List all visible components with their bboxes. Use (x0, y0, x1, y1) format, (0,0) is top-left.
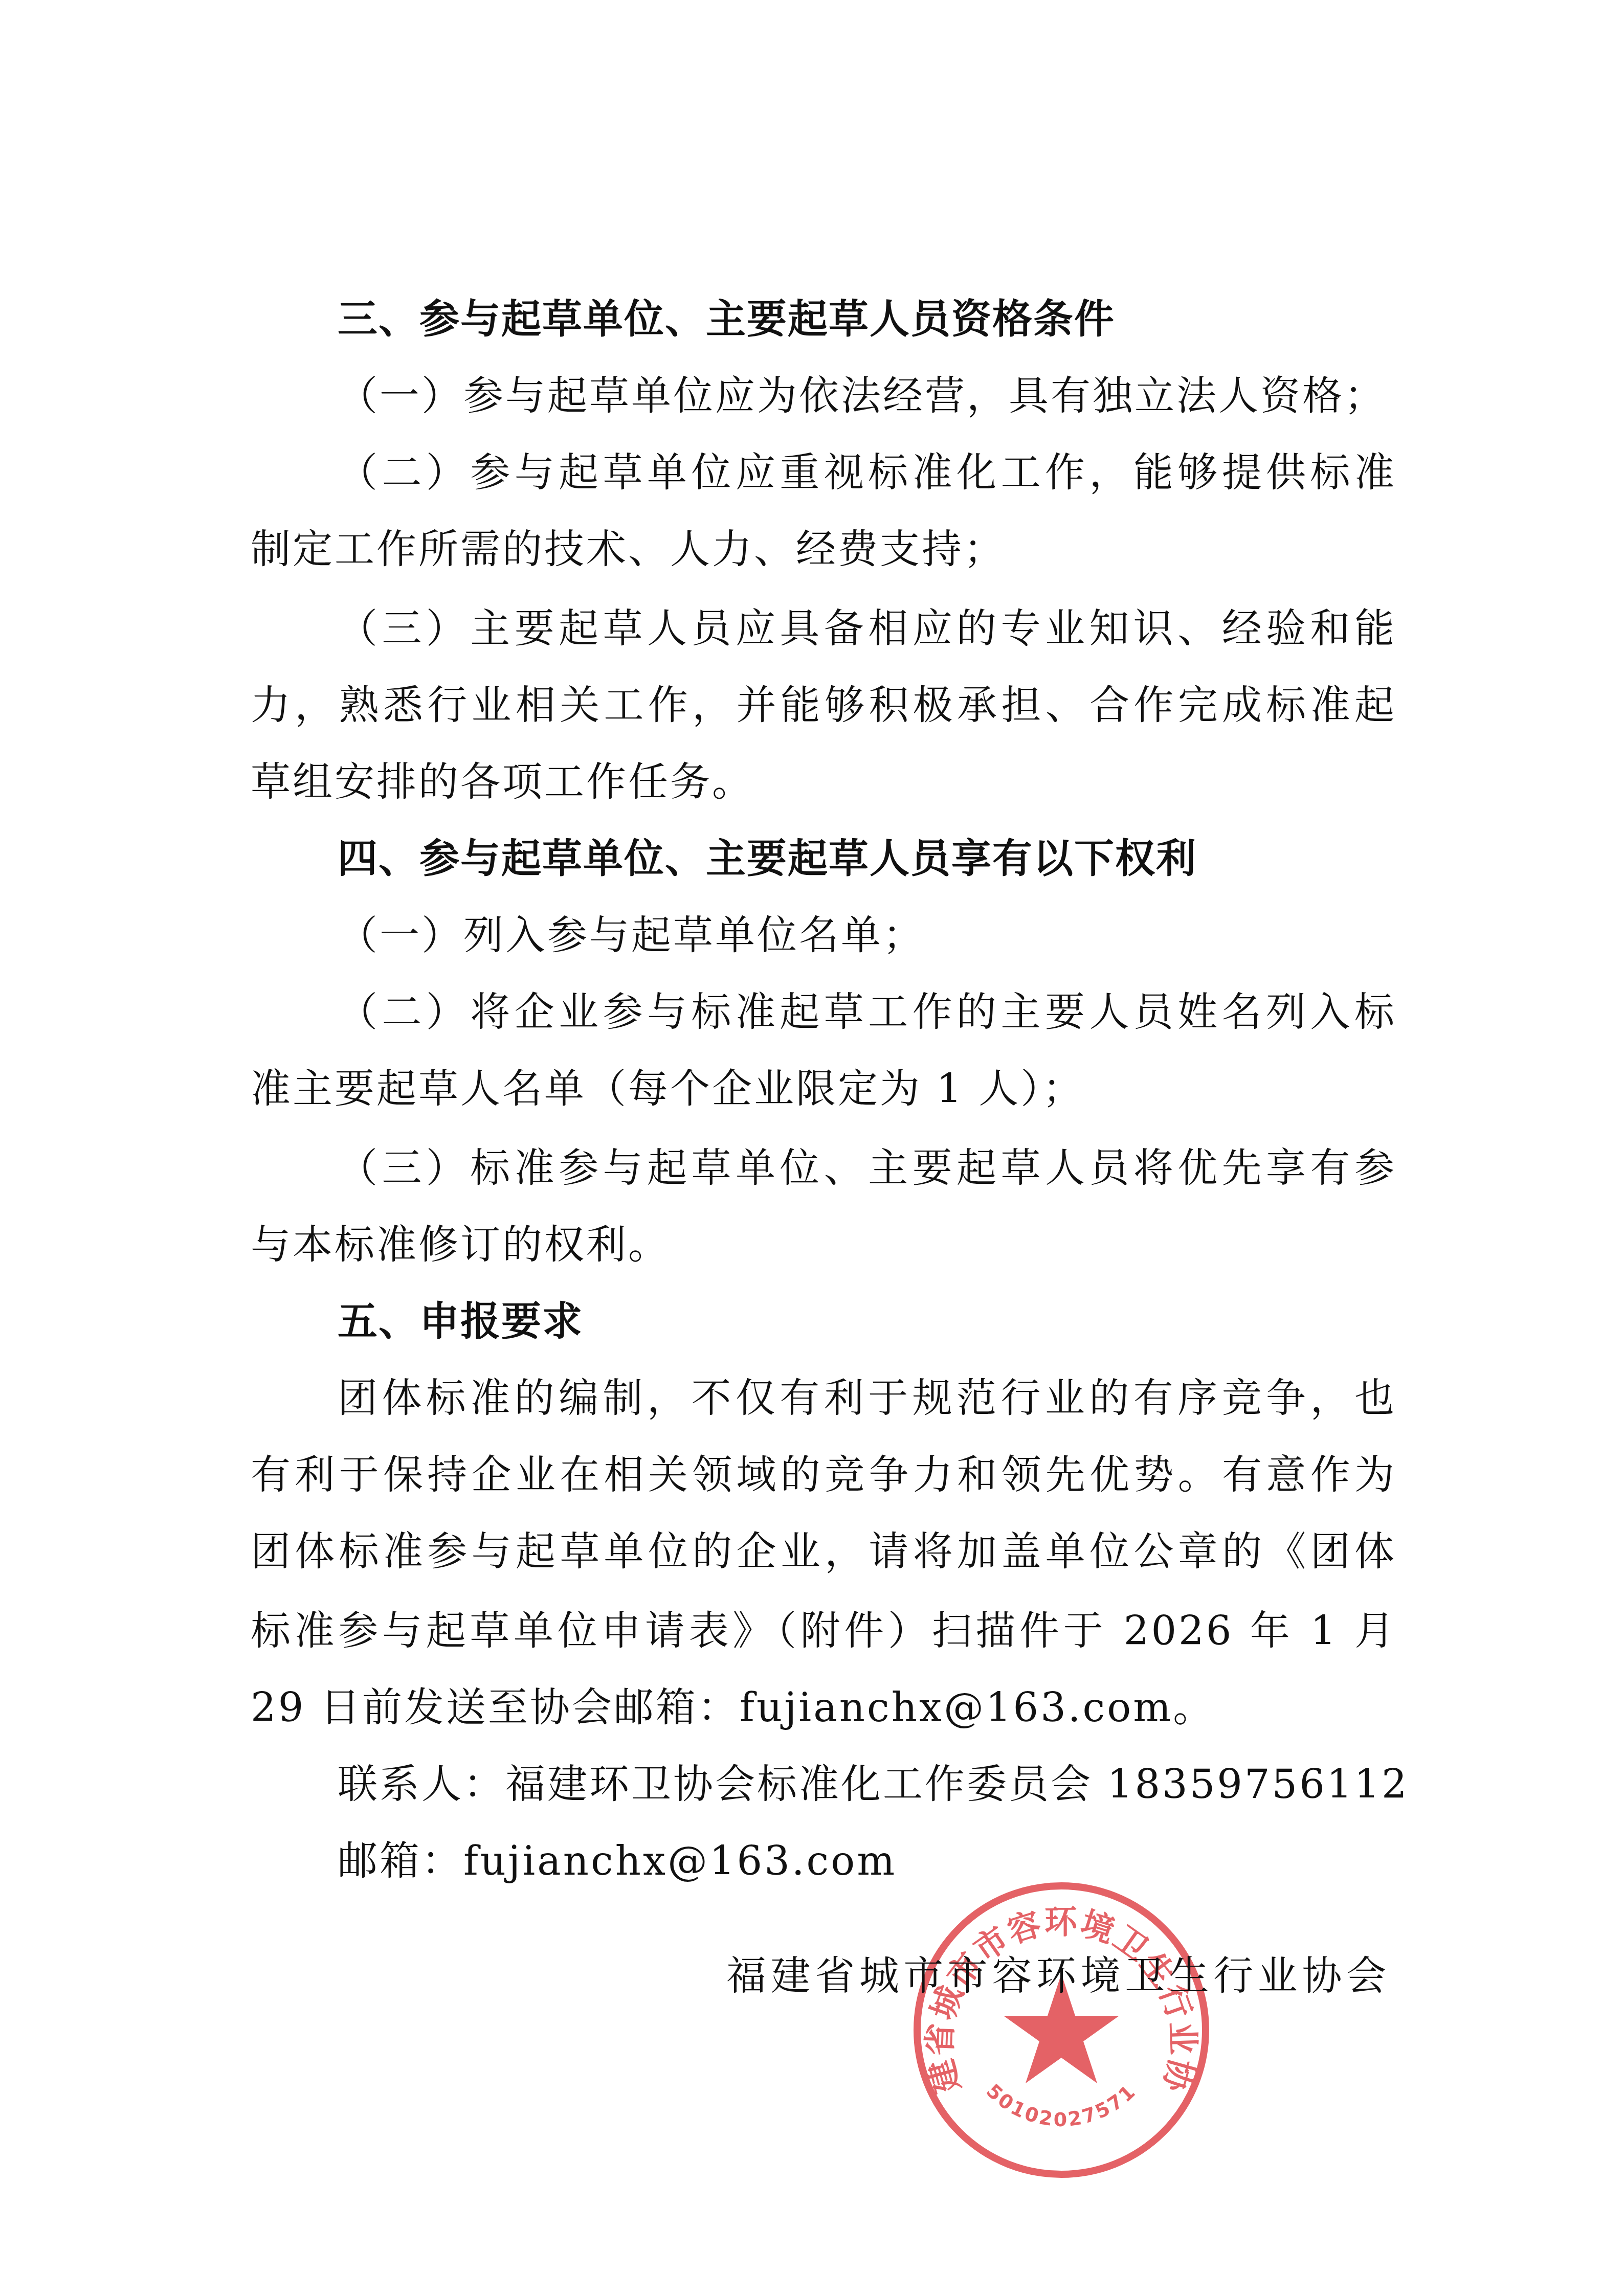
section-heading-3: 三、参与起草单位、主要起草人员资格条件 (338, 294, 1396, 345)
paragraph-line: 准主要起草人名单（每个企业限定为 1 人）； (251, 1064, 1396, 1115)
paragraph-line: 团体标准的编制，不仅有利于规范行业的有序竞争，也 (338, 1373, 1396, 1424)
section-heading-5: 五、申报要求 (338, 1296, 1396, 1347)
paragraph-line: （二）将企业参与标准起草工作的主要人员姓名列入标 (338, 987, 1396, 1038)
official-seal-icon: 福建省城市市容环境卫生行业协会 3501020275718 (908, 1877, 1215, 2184)
paragraph-line: （一）参与起草单位应为依法经营，具有独立法人资格； (338, 371, 1396, 422)
paragraph-line: 29 日前发送至协会邮箱：fujianchx@163.com。 (251, 1682, 1396, 1734)
section-heading-4: 四、参与起草单位、主要起草人员享有以下权利 (338, 834, 1396, 885)
paragraph-line: 团体标准参与起草单位的企业，请将加盖单位公章的《团体 (251, 1526, 1396, 1578)
paragraph-line: 有利于保持企业在相关领域的竞争力和领先优势。有意作为 (251, 1450, 1396, 1501)
paragraph-line: 草组安排的各项工作任务。 (251, 757, 1396, 808)
paragraph-line: （二）参与起草单位应重视标准化工作，能够提供标准 (338, 447, 1396, 499)
paragraph-line: 标准参与起草单位申请表》（附件）扫描件于 2026 年 1 月 (251, 1606, 1396, 1657)
signature-organization: 福建省城市市容环境卫生行业协会 (726, 1951, 1386, 2002)
paragraph-line: 与本标准修订的权利。 (251, 1220, 1396, 1271)
contact-line: 联系人：福建环卫协会标准化工作委员会 18359756112 (338, 1759, 1396, 1810)
paragraph-line: （三）主要起草人员应具备相应的专业知识、经验和能 (338, 603, 1396, 655)
paragraph-line: 制定工作所需的技术、人力、经费支持； (251, 524, 1396, 575)
paragraph-line: 力，熟悉行业相关工作，并能够积极承担、合作完成标准起 (251, 680, 1396, 731)
paragraph-line: （三）标准参与起草单位、主要起草人员将优先享有参 (338, 1143, 1396, 1194)
document-page: 三、参与起草单位、主要起草人员资格条件 （一）参与起草单位应为依法经营，具有独立… (0, 0, 1624, 2296)
paragraph-line: （一）列入参与起草单位名单； (338, 910, 1396, 961)
email-line: 邮箱：fujianchx@163.com (338, 1836, 1396, 1887)
